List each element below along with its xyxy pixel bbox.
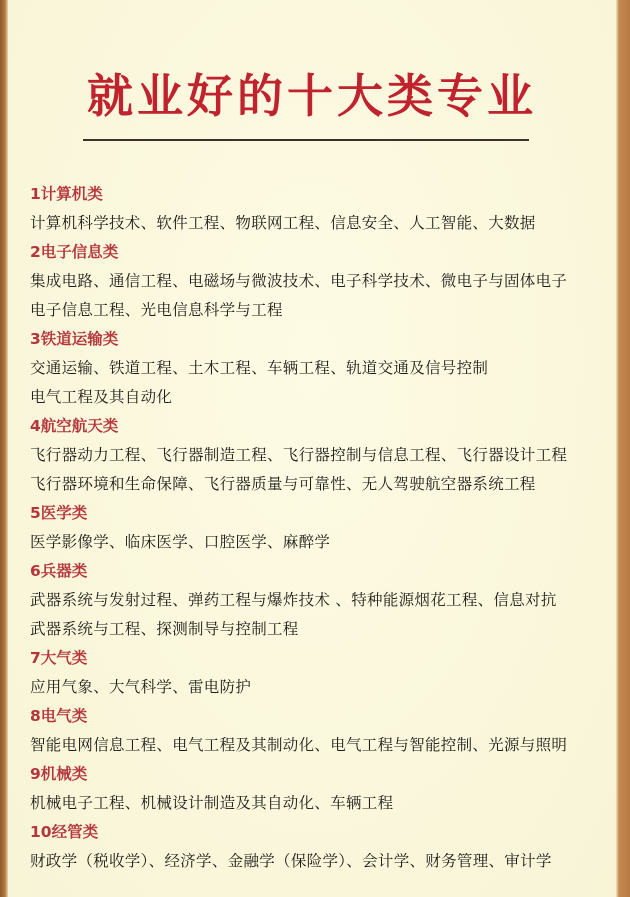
major-list-line: 机械电子工程、机械设计制造及其自动化、车辆工程: [30, 789, 612, 818]
category-title: 5医学类: [30, 499, 612, 528]
category-title: 2电子信息类: [30, 238, 612, 267]
category-title: 9机械类: [30, 760, 612, 789]
major-list-line: 交通运输、铁道工程、土木工程、车辆工程、轨道交通及信号控制: [30, 354, 612, 383]
category-section-weapons: 6兵器类 武器系统与发射过程、弹药工程与爆炸技术 、特种能源烟花工程、信息对抗 …: [30, 557, 612, 644]
major-list-line: 财政学（税收学）、经济学、金融学（保险学）、会计学、财务管理、审计学: [30, 847, 612, 876]
category-title: 8电气类: [30, 702, 612, 731]
page-title: 就业好的十大类专业: [8, 60, 616, 126]
major-list-line: 武器系统与工程、探测制导与控制工程: [30, 615, 612, 644]
major-list-line: 武器系统与发射过程、弹药工程与爆炸技术 、特种能源烟花工程、信息对抗: [30, 586, 612, 615]
category-section-computer: 1计算机类 计算机科学技术、软件工程、物联网工程、信息安全、人工智能、大数据: [30, 180, 612, 238]
category-section-railway: 3铁道运输类 交通运输、铁道工程、土木工程、车辆工程、轨道交通及信号控制 电气工…: [30, 325, 612, 412]
major-list-line: 应用气象、大气科学、雷电防护: [30, 673, 612, 702]
category-title: 10经管类: [30, 818, 612, 847]
major-list-line: 智能电网信息工程、电气工程及其制动化、电气工程与智能控制、光源与照明: [30, 731, 612, 760]
category-section-mechanical: 9机械类 机械电子工程、机械设计制造及其自动化、车辆工程: [30, 760, 612, 818]
major-list-line: 计算机科学技术、软件工程、物联网工程、信息安全、人工智能、大数据: [30, 209, 612, 238]
category-section-electrical: 8电气类 智能电网信息工程、电气工程及其制动化、电气工程与智能控制、光源与照明: [30, 702, 612, 760]
left-frame-border: [0, 0, 8, 897]
major-list-line: 电子信息工程、光电信息科学与工程: [30, 296, 612, 325]
major-list-line: 飞行器环境和生命保障、飞行器质量与可靠性、无人驾驶航空器系统工程: [30, 470, 612, 499]
poster-page: 就业好的十大类专业 1计算机类 计算机科学技术、软件工程、物联网工程、信息安全、…: [8, 0, 616, 897]
right-frame-border: [616, 0, 630, 897]
category-section-medicine: 5医学类 医学影像学、临床医学、口腔医学、麻醉学: [30, 499, 612, 557]
category-title: 6兵器类: [30, 557, 612, 586]
major-list-line: 集成电路、通信工程、电磁场与微波技术、电子科学技术、微电子与固体电子: [30, 267, 612, 296]
category-title: 7大气类: [30, 644, 612, 673]
category-title: 4航空航天类: [30, 412, 612, 441]
major-list-line: 医学影像学、临床医学、口腔医学、麻醉学: [30, 528, 612, 557]
title-divider: [83, 139, 529, 141]
major-list-line: 飞行器动力工程、飞行器制造工程、飞行器控制与信息工程、飞行器设计工程: [30, 441, 612, 470]
major-list-line: 电气工程及其自动化: [30, 383, 612, 412]
category-title: 1计算机类: [30, 180, 612, 209]
category-section-atmosphere: 7大气类 应用气象、大气科学、雷电防护: [30, 644, 612, 702]
category-list: 1计算机类 计算机科学技术、软件工程、物联网工程、信息安全、人工智能、大数据 2…: [30, 180, 612, 876]
category-section-electronic-info: 2电子信息类 集成电路、通信工程、电磁场与微波技术、电子科学技术、微电子与固体电…: [30, 238, 612, 325]
category-section-economics-management: 10经管类 财政学（税收学）、经济学、金融学（保险学）、会计学、财务管理、审计学: [30, 818, 612, 876]
category-section-aerospace: 4航空航天类 飞行器动力工程、飞行器制造工程、飞行器控制与信息工程、飞行器设计工…: [30, 412, 612, 499]
category-title: 3铁道运输类: [30, 325, 612, 354]
